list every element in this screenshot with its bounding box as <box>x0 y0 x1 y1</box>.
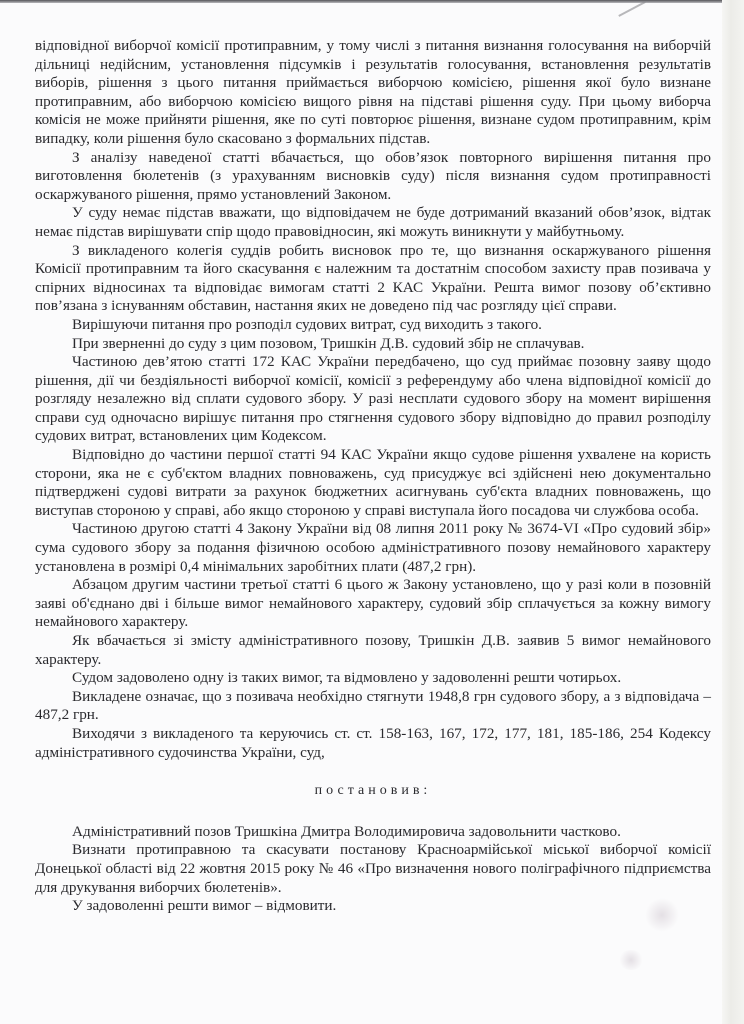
paragraph: Вирішуючи питання про розподіл судових в… <box>35 316 711 335</box>
paper-stain <box>618 950 644 970</box>
paragraph: З викладеного колегія суддів робить висн… <box>35 242 711 316</box>
document-page: відповідної виборчої комісії протиправни… <box>35 37 711 916</box>
paragraph: відповідної виборчої комісії протиправни… <box>35 37 711 149</box>
resolution-item: Визнати протиправною та скасувати постан… <box>35 841 711 897</box>
scan-top-edge <box>0 0 744 3</box>
body-text: відповідної виборчої комісії протиправни… <box>35 37 711 762</box>
paragraph: З аналізу наведеної статті вбачається, щ… <box>35 149 711 205</box>
paragraph: Відповідно до частини першої статті 94 К… <box>35 446 711 520</box>
resolution-item: Адміністративний позов Тришкіна Дмитра В… <box>35 823 711 842</box>
resolution-item: У задоволенні решти вимог – відмовити. <box>35 897 711 916</box>
paragraph: Частиною дев’ятою статті 172 КАС України… <box>35 353 711 446</box>
paragraph: При зверненні до суду з цим позовом, Три… <box>35 335 711 354</box>
resolution-heading: постановив: <box>35 782 711 801</box>
paragraph: Частиною другою статті 4 Закону України … <box>35 520 711 576</box>
pen-mark <box>618 1 645 17</box>
resolution-text: Адміністративний позов Тришкіна Дмитра В… <box>35 823 711 916</box>
scan-right-edge <box>722 0 744 1024</box>
paragraph: Викладене означає, що з позивача необхід… <box>35 688 711 725</box>
paragraph: Абзацом другим частини третьої статті 6 … <box>35 576 711 632</box>
paragraph: У суду немає підстав вважати, що відпові… <box>35 204 711 241</box>
paragraph: Як вбачається зі змісту адміністративног… <box>35 632 711 669</box>
paragraph: Виходячи з викладеного та керуючись ст. … <box>35 725 711 762</box>
paragraph: Судом задоволено одну із таких вимог, та… <box>35 669 711 688</box>
